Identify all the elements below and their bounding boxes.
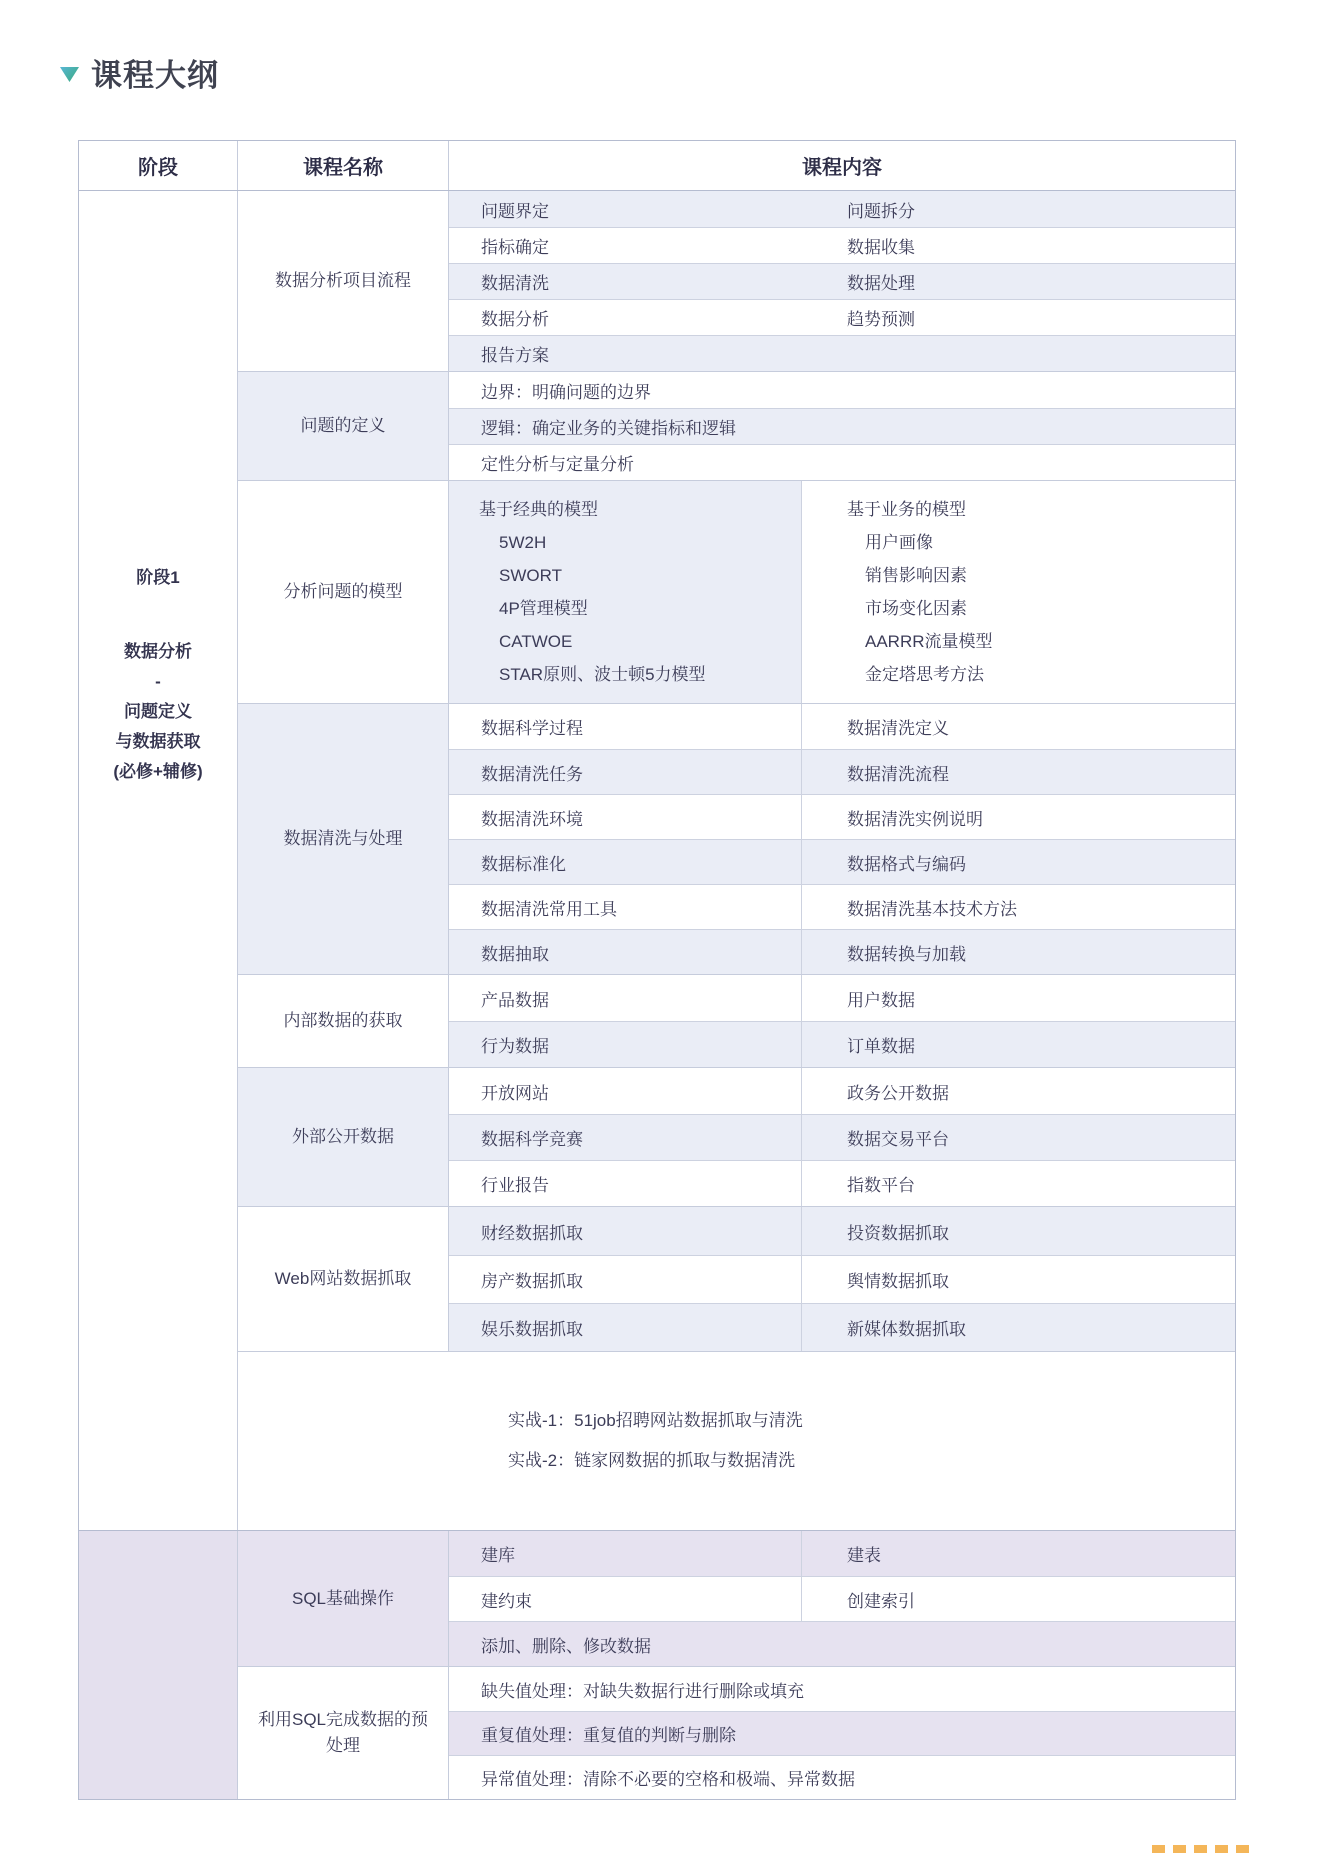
section-web-scraping: Web网站数据抓取 财经数据抓取 投资数据抓取 房产数据抓取 舆情数据抓取 娱乐… (238, 1206, 1235, 1351)
section-sql-basics: SQL基础操作 建库 建表 建约束 创建索引 添加、删除、修改数据 (238, 1531, 1235, 1666)
course-name-cell: 分析问题的模型 (238, 481, 449, 703)
content-item: CATWOE (449, 625, 801, 658)
table-row: 数据标准化 数据格式与编码 (449, 839, 1235, 884)
content-item: 金定塔思考方法 (802, 658, 1235, 691)
content-item: 数据抽取 (449, 930, 802, 974)
content-item: 4P管理模型 (449, 592, 801, 625)
content-item: 建库 (449, 1531, 802, 1576)
table-row: 娱乐数据抓取 新媒体数据抓取 (449, 1303, 1235, 1351)
content-item: 添加、删除、修改数据 (449, 1622, 1235, 1666)
watermark-fragment (1152, 1845, 1252, 1853)
table-row: 定性分析与定量分析 (449, 444, 1235, 480)
stage-1-sections: 数据分析项目流程 问题界定 问题拆分 指标确定 数据收集 数据清洗 数据处理 (238, 191, 1235, 1530)
table-row: 异常值处理：清除不必要的空格和极端、异常数据 (449, 1755, 1235, 1799)
content-item: 政务公开数据 (802, 1068, 1235, 1114)
content-item: 指标确定 (449, 228, 802, 263)
table-row: 建库 建表 (449, 1531, 1235, 1576)
content-item: 数据清洗常用工具 (449, 885, 802, 929)
practice-item: 实战-1：51job招聘网站数据抓取与清洗 (508, 1408, 1235, 1434)
table-row: 指标确定 数据收集 (449, 227, 1235, 263)
course-name-cell: 问题的定义 (238, 372, 449, 480)
content-item: 数据清洗环境 (449, 795, 802, 839)
content-item: SWORT (449, 559, 801, 592)
course-name-cell: 利用SQL完成数据的预处理 (238, 1667, 449, 1799)
stage-2-group: SQL基础操作 建库 建表 建约束 创建索引 添加、删除、修改数据 (79, 1530, 1235, 1799)
content-item: 开放网站 (449, 1068, 802, 1114)
table-row: 数据清洗环境 数据清洗实例说明 (449, 794, 1235, 839)
content-item: 数据格式与编码 (802, 840, 1235, 884)
stage-line: - (155, 667, 161, 697)
content-item: 数据科学过程 (449, 704, 802, 749)
content-item: 数据收集 (802, 228, 1235, 263)
table-row: 数据科学过程 数据清洗定义 (449, 704, 1235, 749)
table-row: 数据清洗 数据处理 (449, 263, 1235, 299)
table-row: 行为数据 订单数据 (449, 1021, 1235, 1067)
section-data-cleaning: 数据清洗与处理 数据科学过程 数据清洗定义 数据清洗任务 数据清洗流程 数据清洗… (238, 703, 1235, 974)
content-item: 建约束 (449, 1577, 802, 1621)
content-item: 用户画像 (802, 526, 1235, 559)
content-item: 基于经典的模型 (449, 493, 801, 526)
content-item: 报告方案 (449, 336, 802, 371)
content-item: 市场变化因素 (802, 592, 1235, 625)
content-item: 舆情数据抓取 (802, 1256, 1235, 1303)
content-item: 用户数据 (802, 975, 1235, 1021)
table-row: 建约束 创建索引 (449, 1576, 1235, 1621)
section-sql-preprocessing: 利用SQL完成数据的预处理 缺失值处理：对缺失数据行进行删除或填充 重复值处理：… (238, 1666, 1235, 1799)
course-name-cell: 内部数据的获取 (238, 975, 449, 1067)
stage-line: 问题定义 (124, 697, 192, 727)
table-header: 阶段 课程名称 课程内容 (79, 141, 1235, 191)
course-name-cell: 数据清洗与处理 (238, 704, 449, 974)
content-item: 数据清洗实例说明 (802, 795, 1235, 839)
content-item: 行为数据 (449, 1022, 802, 1067)
section-project-flow: 数据分析项目流程 问题界定 问题拆分 指标确定 数据收集 数据清洗 数据处理 (238, 191, 1235, 371)
page-title-text: 课程大纲 (91, 50, 219, 95)
content-item: 5W2H (449, 526, 801, 559)
content-item: AARRR流量模型 (802, 625, 1235, 658)
section-external-data: 外部公开数据 开放网站 政务公开数据 数据科学竞赛 数据交易平台 行业报告 指数… (238, 1067, 1235, 1206)
stage-2-sections: SQL基础操作 建库 建表 建约束 创建索引 添加、删除、修改数据 (238, 1531, 1235, 1799)
table-row: 房产数据抓取 舆情数据抓取 (449, 1255, 1235, 1303)
header-stage: 阶段 (79, 141, 238, 190)
practice-item: 实战-2：链家网数据的抓取与数据清洗 (508, 1448, 1235, 1474)
content-item: 产品数据 (449, 975, 802, 1021)
content-item: 行业报告 (449, 1161, 802, 1206)
content-item: 定性分析与定量分析 (449, 445, 1235, 480)
practice-cell: 实战-1：51job招聘网站数据抓取与清洗 实战-2：链家网数据的抓取与数据清洗 (238, 1352, 1235, 1530)
stage-1-cell: 阶段1 数据分析 - 问题定义 与数据获取 (必修+辅修) (79, 191, 238, 1530)
content-item (802, 336, 1235, 371)
stage-line: 与数据获取 (116, 727, 201, 757)
table-row: 报告方案 (449, 335, 1235, 371)
course-name-cell: SQL基础操作 (238, 1531, 449, 1666)
table-row: 缺失值处理：对缺失数据行进行删除或填充 (449, 1667, 1235, 1711)
triangle-bullet-icon (60, 67, 79, 82)
course-name-cell: Web网站数据抓取 (238, 1207, 449, 1351)
content-item: 重复值处理：重复值的判断与删除 (449, 1712, 1235, 1755)
content-item: 财经数据抓取 (449, 1207, 802, 1255)
stage-line: 阶段1 (136, 563, 179, 593)
stage-1-group: 阶段1 数据分析 - 问题定义 与数据获取 (必修+辅修) 数据分析项目流程 问… (79, 191, 1235, 1530)
content-item: 异常值处理：清除不必要的空格和极端、异常数据 (449, 1756, 1235, 1799)
content-item: 数据分析 (449, 300, 802, 335)
content-item: 建表 (802, 1531, 1235, 1576)
section-problem-definition: 问题的定义 边界：明确问题的边界 逻辑：确定业务的关键指标和逻辑 定性分析与定量… (238, 371, 1235, 480)
table-row: 数据分析 趋势预测 (449, 299, 1235, 335)
table-row: 行业报告 指数平台 (449, 1160, 1235, 1206)
classic-model-list: 基于经典的模型 5W2H SWORT 4P管理模型 CATWOE STAR原则、… (449, 481, 802, 703)
section-analysis-models: 分析问题的模型 基于经典的模型 5W2H SWORT 4P管理模型 CATWOE… (238, 480, 1235, 703)
table-row: 问题界定 问题拆分 (449, 191, 1235, 227)
content-item: 数据清洗基本技术方法 (802, 885, 1235, 929)
section-practice: 实战-1：51job招聘网站数据抓取与清洗 实战-2：链家网数据的抓取与数据清洗 (238, 1351, 1235, 1530)
table-row: 产品数据 用户数据 (449, 975, 1235, 1021)
content-item: 问题拆分 (802, 191, 1235, 227)
content-item: 娱乐数据抓取 (449, 1304, 802, 1351)
content-item: 基于业务的模型 (802, 493, 1235, 526)
content-item: 趋势预测 (802, 300, 1235, 335)
table-row: 逻辑：确定业务的关键指标和逻辑 (449, 408, 1235, 444)
course-name-cell: 数据分析项目流程 (238, 191, 449, 371)
table-row: 边界：明确问题的边界 (449, 372, 1235, 408)
content-item: 问题界定 (449, 191, 802, 227)
table-row: 数据清洗常用工具 数据清洗基本技术方法 (449, 884, 1235, 929)
course-outline-table: 阶段 课程名称 课程内容 阶段1 数据分析 - 问题定义 与数据获取 (必修+辅… (78, 140, 1236, 1800)
table-row: 财经数据抓取 投资数据抓取 (449, 1207, 1235, 1255)
content-item: 缺失值处理：对缺失数据行进行删除或填充 (449, 1667, 1235, 1711)
content-item: 数据处理 (802, 264, 1235, 299)
content-item: 创建索引 (802, 1577, 1235, 1621)
content-item: 数据清洗流程 (802, 750, 1235, 794)
stage-2-cell (79, 1531, 238, 1799)
content-item: 数据交易平台 (802, 1115, 1235, 1160)
table-row: 添加、删除、修改数据 (449, 1621, 1235, 1666)
content-item: 订单数据 (802, 1022, 1235, 1067)
content-item: 销售影响因素 (802, 559, 1235, 592)
content-item: 指数平台 (802, 1161, 1235, 1206)
header-course-name: 课程名称 (238, 141, 449, 190)
content-item: 边界：明确问题的边界 (449, 372, 1235, 408)
table-row: 数据抽取 数据转换与加载 (449, 929, 1235, 974)
content-item: 数据清洗定义 (802, 704, 1235, 749)
content-item: 数据转换与加载 (802, 930, 1235, 974)
page-title: 课程大纲 (60, 50, 219, 95)
stage-line: (必修+辅修) (113, 757, 202, 787)
model-lists: 基于经典的模型 5W2H SWORT 4P管理模型 CATWOE STAR原则、… (449, 481, 1235, 703)
content-item: 数据标准化 (449, 840, 802, 884)
content-item: 投资数据抓取 (802, 1207, 1235, 1255)
content-item: STAR原则、波士顿5力模型 (449, 658, 801, 691)
content-item: 数据清洗 (449, 264, 802, 299)
course-name-cell: 外部公开数据 (238, 1068, 449, 1206)
table-row: 重复值处理：重复值的判断与删除 (449, 1711, 1235, 1755)
section-internal-data: 内部数据的获取 产品数据 用户数据 行为数据 订单数据 (238, 974, 1235, 1067)
content-item: 数据科学竞赛 (449, 1115, 802, 1160)
stage-line: 数据分析 (124, 637, 192, 667)
table-row: 数据清洗任务 数据清洗流程 (449, 749, 1235, 794)
business-model-list: 基于业务的模型 用户画像 销售影响因素 市场变化因素 AARRR流量模型 金定塔… (802, 481, 1235, 703)
header-course-content: 课程内容 (449, 141, 1235, 190)
content-item: 逻辑：确定业务的关键指标和逻辑 (449, 409, 1235, 444)
table-row: 开放网站 政务公开数据 (449, 1068, 1235, 1114)
content-item: 数据清洗任务 (449, 750, 802, 794)
content-item: 房产数据抓取 (449, 1256, 802, 1303)
content-item: 新媒体数据抓取 (802, 1304, 1235, 1351)
table-row: 数据科学竞赛 数据交易平台 (449, 1114, 1235, 1160)
